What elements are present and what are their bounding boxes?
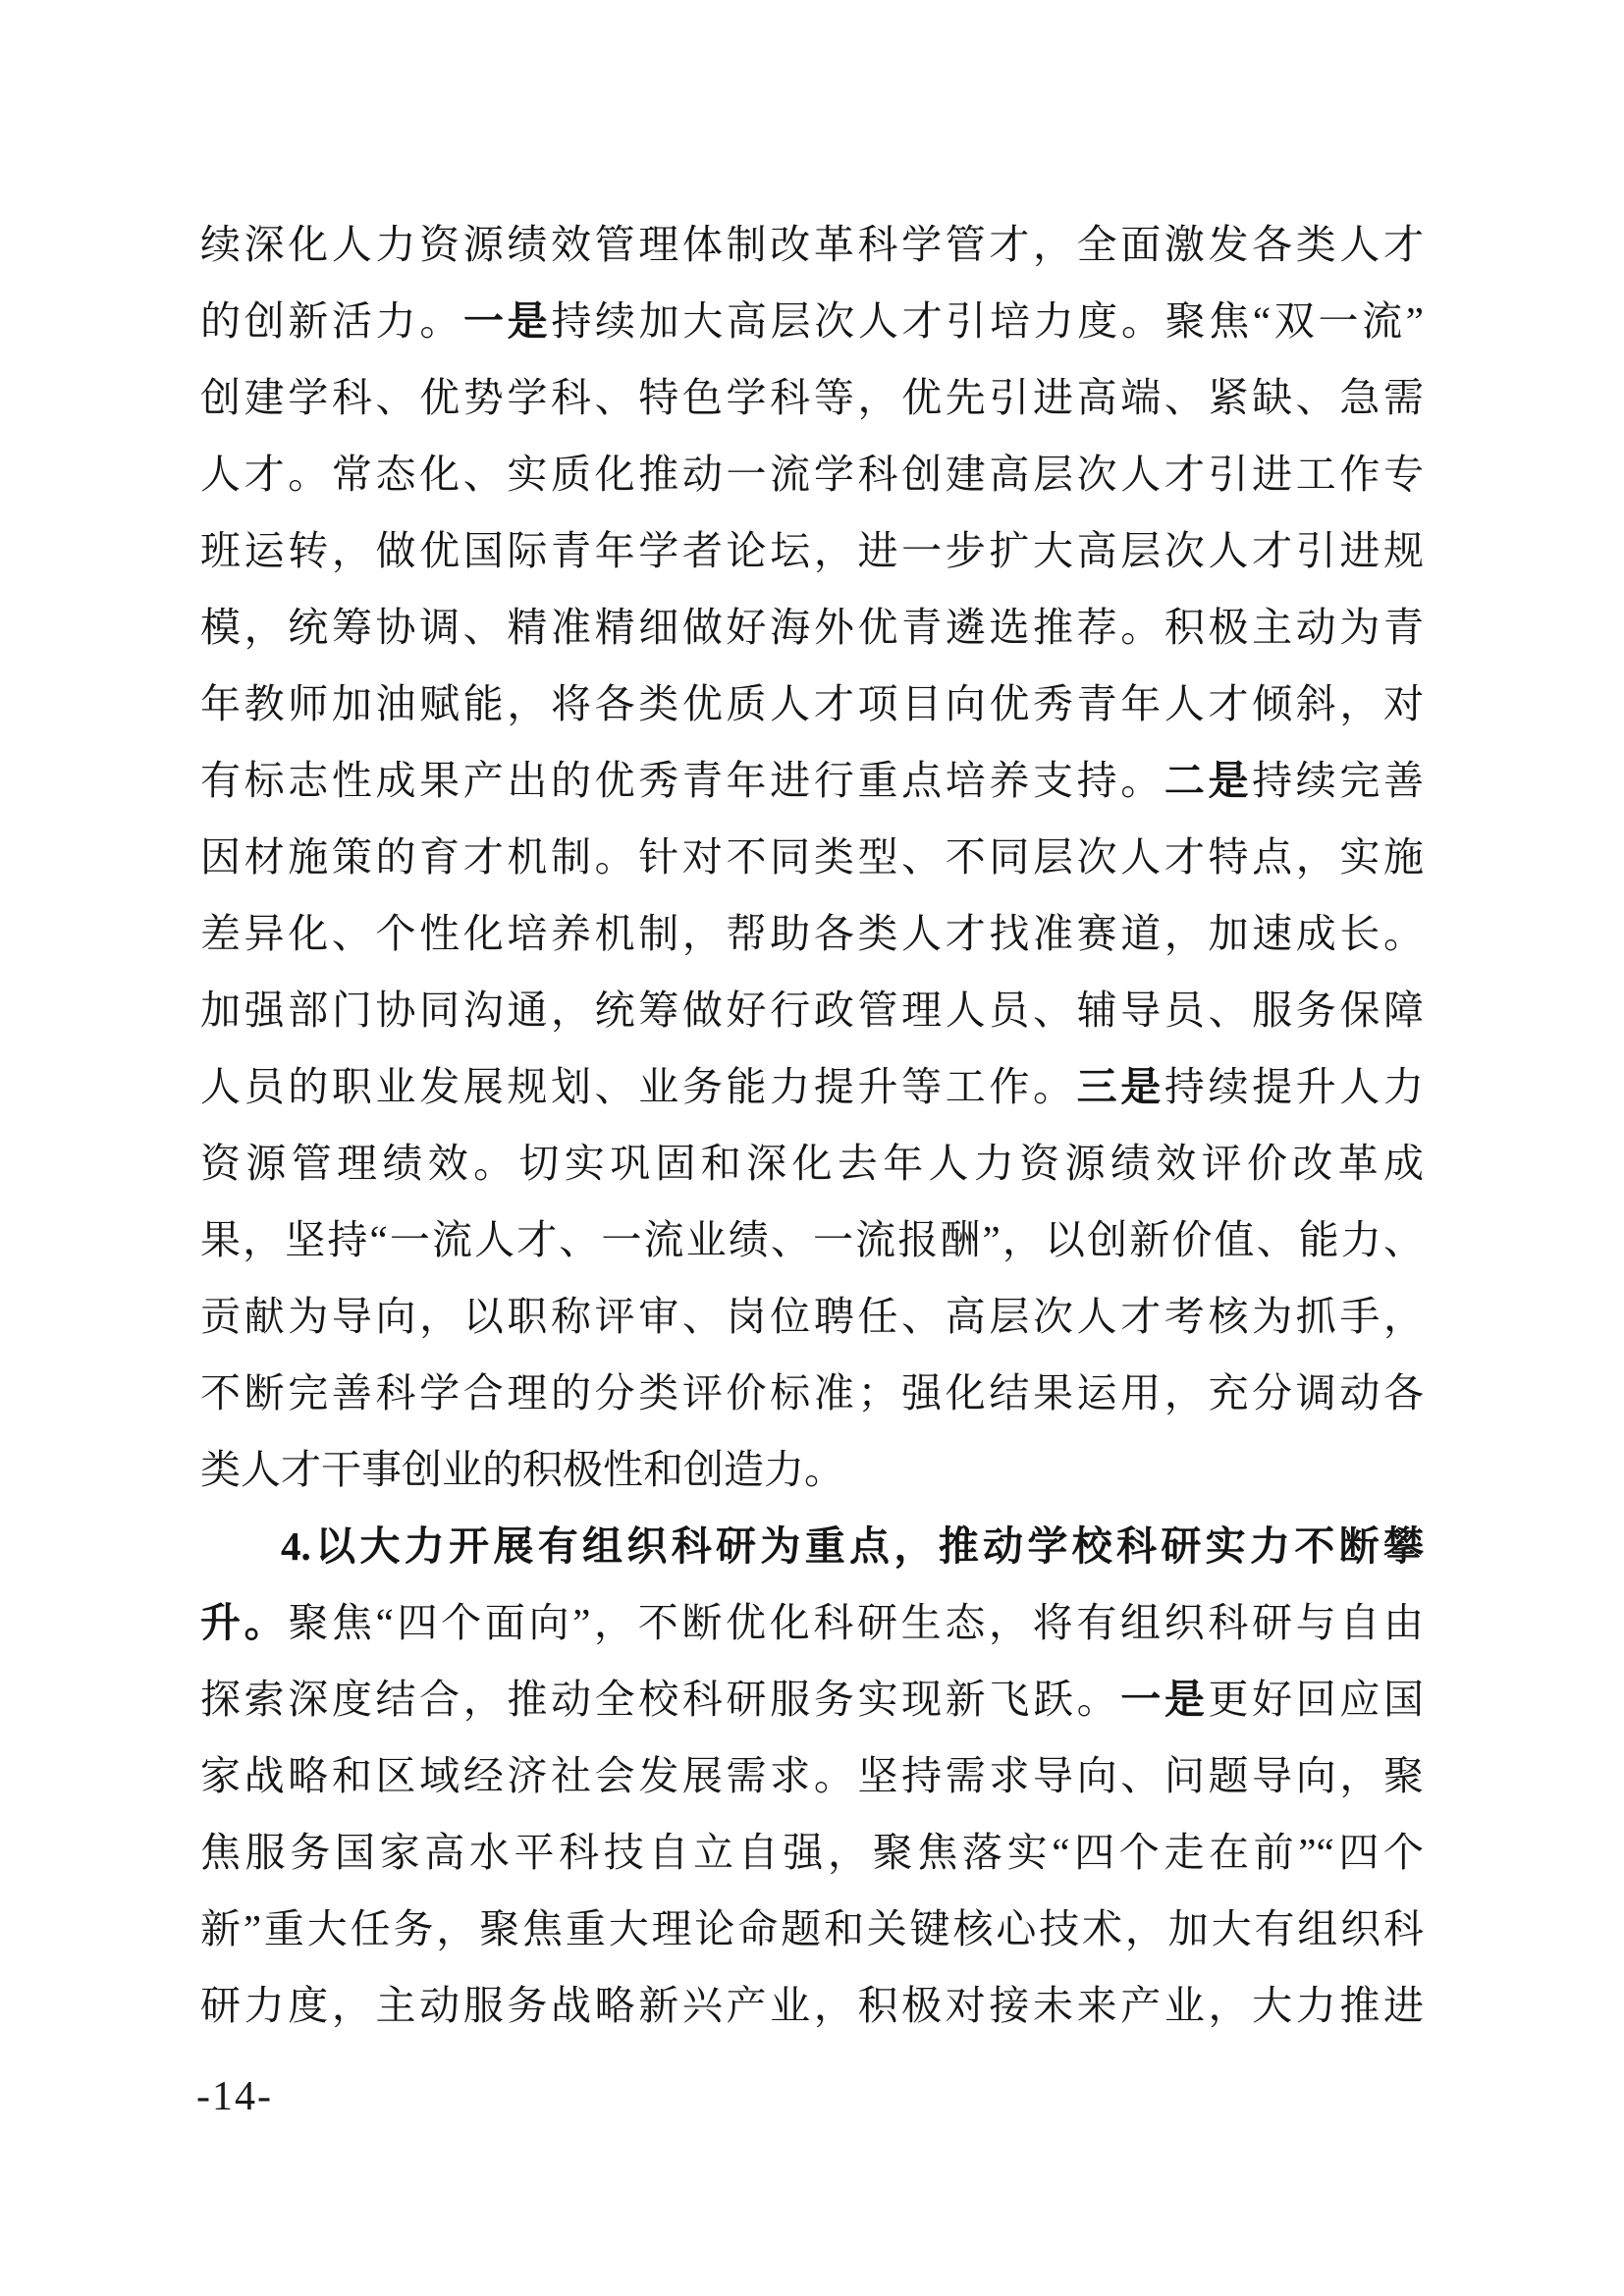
text-run: 有标志性成果产出的优秀青年进行重点培养支持。 [200, 758, 1164, 803]
text-run: 的创新活力。 [200, 298, 463, 344]
text-run: 差异化、个性化培养机制，帮助各类人才找准赛道，加速成长。 [200, 911, 1424, 956]
text-line: 加强部门协同沟通，统筹做好行政管理人员、辅导员、服务保障 [200, 972, 1424, 1048]
text-line: 不断完善科学合理的分类评价标准；强化结果运用，充分调动各 [200, 1355, 1424, 1431]
text-run: 持续完善 [1252, 758, 1424, 803]
text-line: 探索深度结合，推动全校科研服务实现新飞跃。一是更好回应国 [200, 1661, 1424, 1737]
text-run: 班运转，做优国际青年学者论坛，进一步扩大高层次人才引进规 [200, 528, 1424, 573]
text-run: 新”重大任务，聚焦重大理论命题和关键核心技术，加大有组织科 [200, 1906, 1424, 1951]
text-run: 类人才干事创业的积极性和创造力。 [200, 1447, 844, 1492]
bold-text-run: 一是 [463, 298, 551, 344]
text-line: 果，坚持“一流人才、一流业绩、一流报酬”，以创新价值、能力、 [200, 1201, 1424, 1278]
bold-text-run: 二是 [1164, 758, 1252, 803]
text-run: 持续加大高层次人才引培力度。聚焦“双一流” [551, 298, 1424, 344]
text-run: 人员的职业发展规划、业务能力提升等工作。 [200, 1064, 1077, 1109]
text-run: 聚焦“四个面向”，不断优化科研生态，将有组织科研与自由 [288, 1600, 1424, 1645]
text-line: 续深化人力资源绩效管理体制改革科学管才，全面激发各类人才 [200, 206, 1424, 283]
text-line: 家战略和区域经济社会发展需求。坚持需求导向、问题导向，聚 [200, 1737, 1424, 1814]
text-line: 类人才干事创业的积极性和创造力。 [200, 1431, 1424, 1508]
document-page: 续深化人力资源绩效管理体制改革科学管才，全面激发各类人才的创新活力。一是持续加大… [0, 0, 1624, 2296]
text-run: 焦服务国家高水平科技自立自强，聚焦落实“四个走在前”“四个 [200, 1830, 1424, 1875]
text-run: 续深化人力资源绩效管理体制改革科学管才，全面激发各类人才 [200, 222, 1424, 267]
text-run: 因材施策的育才机制。针对不同类型、不同层次人才特点，实施 [200, 834, 1424, 880]
text-run: 贡献为导向，以职称评审、岗位聘任、高层次人才考核为抓手， [200, 1294, 1424, 1339]
text-run: 模，统筹协调、精准精细做好海外优青遴选推荐。积极主动为青 [200, 605, 1424, 650]
text-run: 果，坚持“一流人才、一流业绩、一流报酬”，以创新价值、能力、 [200, 1217, 1424, 1262]
text-run: 创建学科、优势学科、特色学科等，优先引进高端、紧缺、急需 [200, 375, 1424, 420]
text-line: 因材施策的育才机制。针对不同类型、不同层次人才特点，实施 [200, 819, 1424, 895]
text-run: 不断完善科学合理的分类评价标准；强化结果运用，充分调动各 [200, 1370, 1424, 1415]
text-run: 持续提升人力 [1164, 1064, 1424, 1109]
text-line: 人才。常态化、实质化推动一流学科创建高层次人才引进工作专 [200, 436, 1424, 512]
bold-text-run: 4.以大力开展有组织科研为重点，推动学校科研实力不断攀 [281, 1523, 1424, 1569]
document-body: 续深化人力资源绩效管理体制改革科学管才，全面激发各类人才的创新活力。一是持续加大… [200, 206, 1424, 2044]
text-line: 4.以大力开展有组织科研为重点，推动学校科研实力不断攀 [200, 1508, 1424, 1584]
text-line: 的创新活力。一是持续加大高层次人才引培力度。聚焦“双一流” [200, 283, 1424, 359]
text-run: 资源管理绩效。切实巩固和深化去年人力资源绩效评价改革成 [200, 1141, 1424, 1186]
text-line: 差异化、个性化培养机制，帮助各类人才找准赛道，加速成长。 [200, 895, 1424, 972]
text-line: 创建学科、优势学科、特色学科等，优先引进高端、紧缺、急需 [200, 359, 1424, 436]
text-line: 模，统筹协调、精准精细做好海外优青遴选推荐。积极主动为青 [200, 589, 1424, 666]
text-run: 更好回应国 [1209, 1677, 1425, 1722]
page-number: -14- [196, 2073, 273, 2120]
text-line: 升。聚焦“四个面向”，不断优化科研生态，将有组织科研与自由 [200, 1584, 1424, 1661]
text-line: 年教师加油赋能，将各类优质人才项目向优秀青年人才倾斜，对 [200, 666, 1424, 742]
text-run: 探索深度结合，推动全校科研服务实现新飞跃。 [200, 1677, 1120, 1722]
text-line: 贡献为导向，以职称评审、岗位聘任、高层次人才考核为抓手， [200, 1278, 1424, 1355]
text-line: 班运转，做优国际青年学者论坛，进一步扩大高层次人才引进规 [200, 512, 1424, 589]
text-run: 年教师加油赋能，将各类优质人才项目向优秀青年人才倾斜，对 [200, 681, 1424, 726]
text-run: 家战略和区域经济社会发展需求。坚持需求导向、问题导向，聚 [200, 1753, 1424, 1798]
bold-text-run: 一是 [1120, 1677, 1208, 1722]
text-line: 资源管理绩效。切实巩固和深化去年人力资源绩效评价改革成 [200, 1125, 1424, 1201]
text-run: 人才。常态化、实质化推动一流学科创建高层次人才引进工作专 [200, 452, 1424, 497]
text-run: 加强部门协同沟通，统筹做好行政管理人员、辅导员、服务保障 [200, 988, 1424, 1033]
text-line: 焦服务国家高水平科技自立自强，聚焦落实“四个走在前”“四个 [200, 1814, 1424, 1891]
text-line: 有标志性成果产出的优秀青年进行重点培养支持。二是持续完善 [200, 742, 1424, 819]
bold-text-run: 升。 [200, 1600, 288, 1645]
text-line: 研力度，主动服务战略新兴产业，积极对接未来产业，大力推进 [200, 1967, 1424, 2044]
bold-text-run: 三是 [1077, 1064, 1164, 1109]
text-run: 研力度，主动服务战略新兴产业，积极对接未来产业，大力推进 [200, 1983, 1424, 2028]
text-line: 人员的职业发展规划、业务能力提升等工作。三是持续提升人力 [200, 1048, 1424, 1125]
text-line: 新”重大任务，聚焦重大理论命题和关键核心技术，加大有组织科 [200, 1891, 1424, 1967]
